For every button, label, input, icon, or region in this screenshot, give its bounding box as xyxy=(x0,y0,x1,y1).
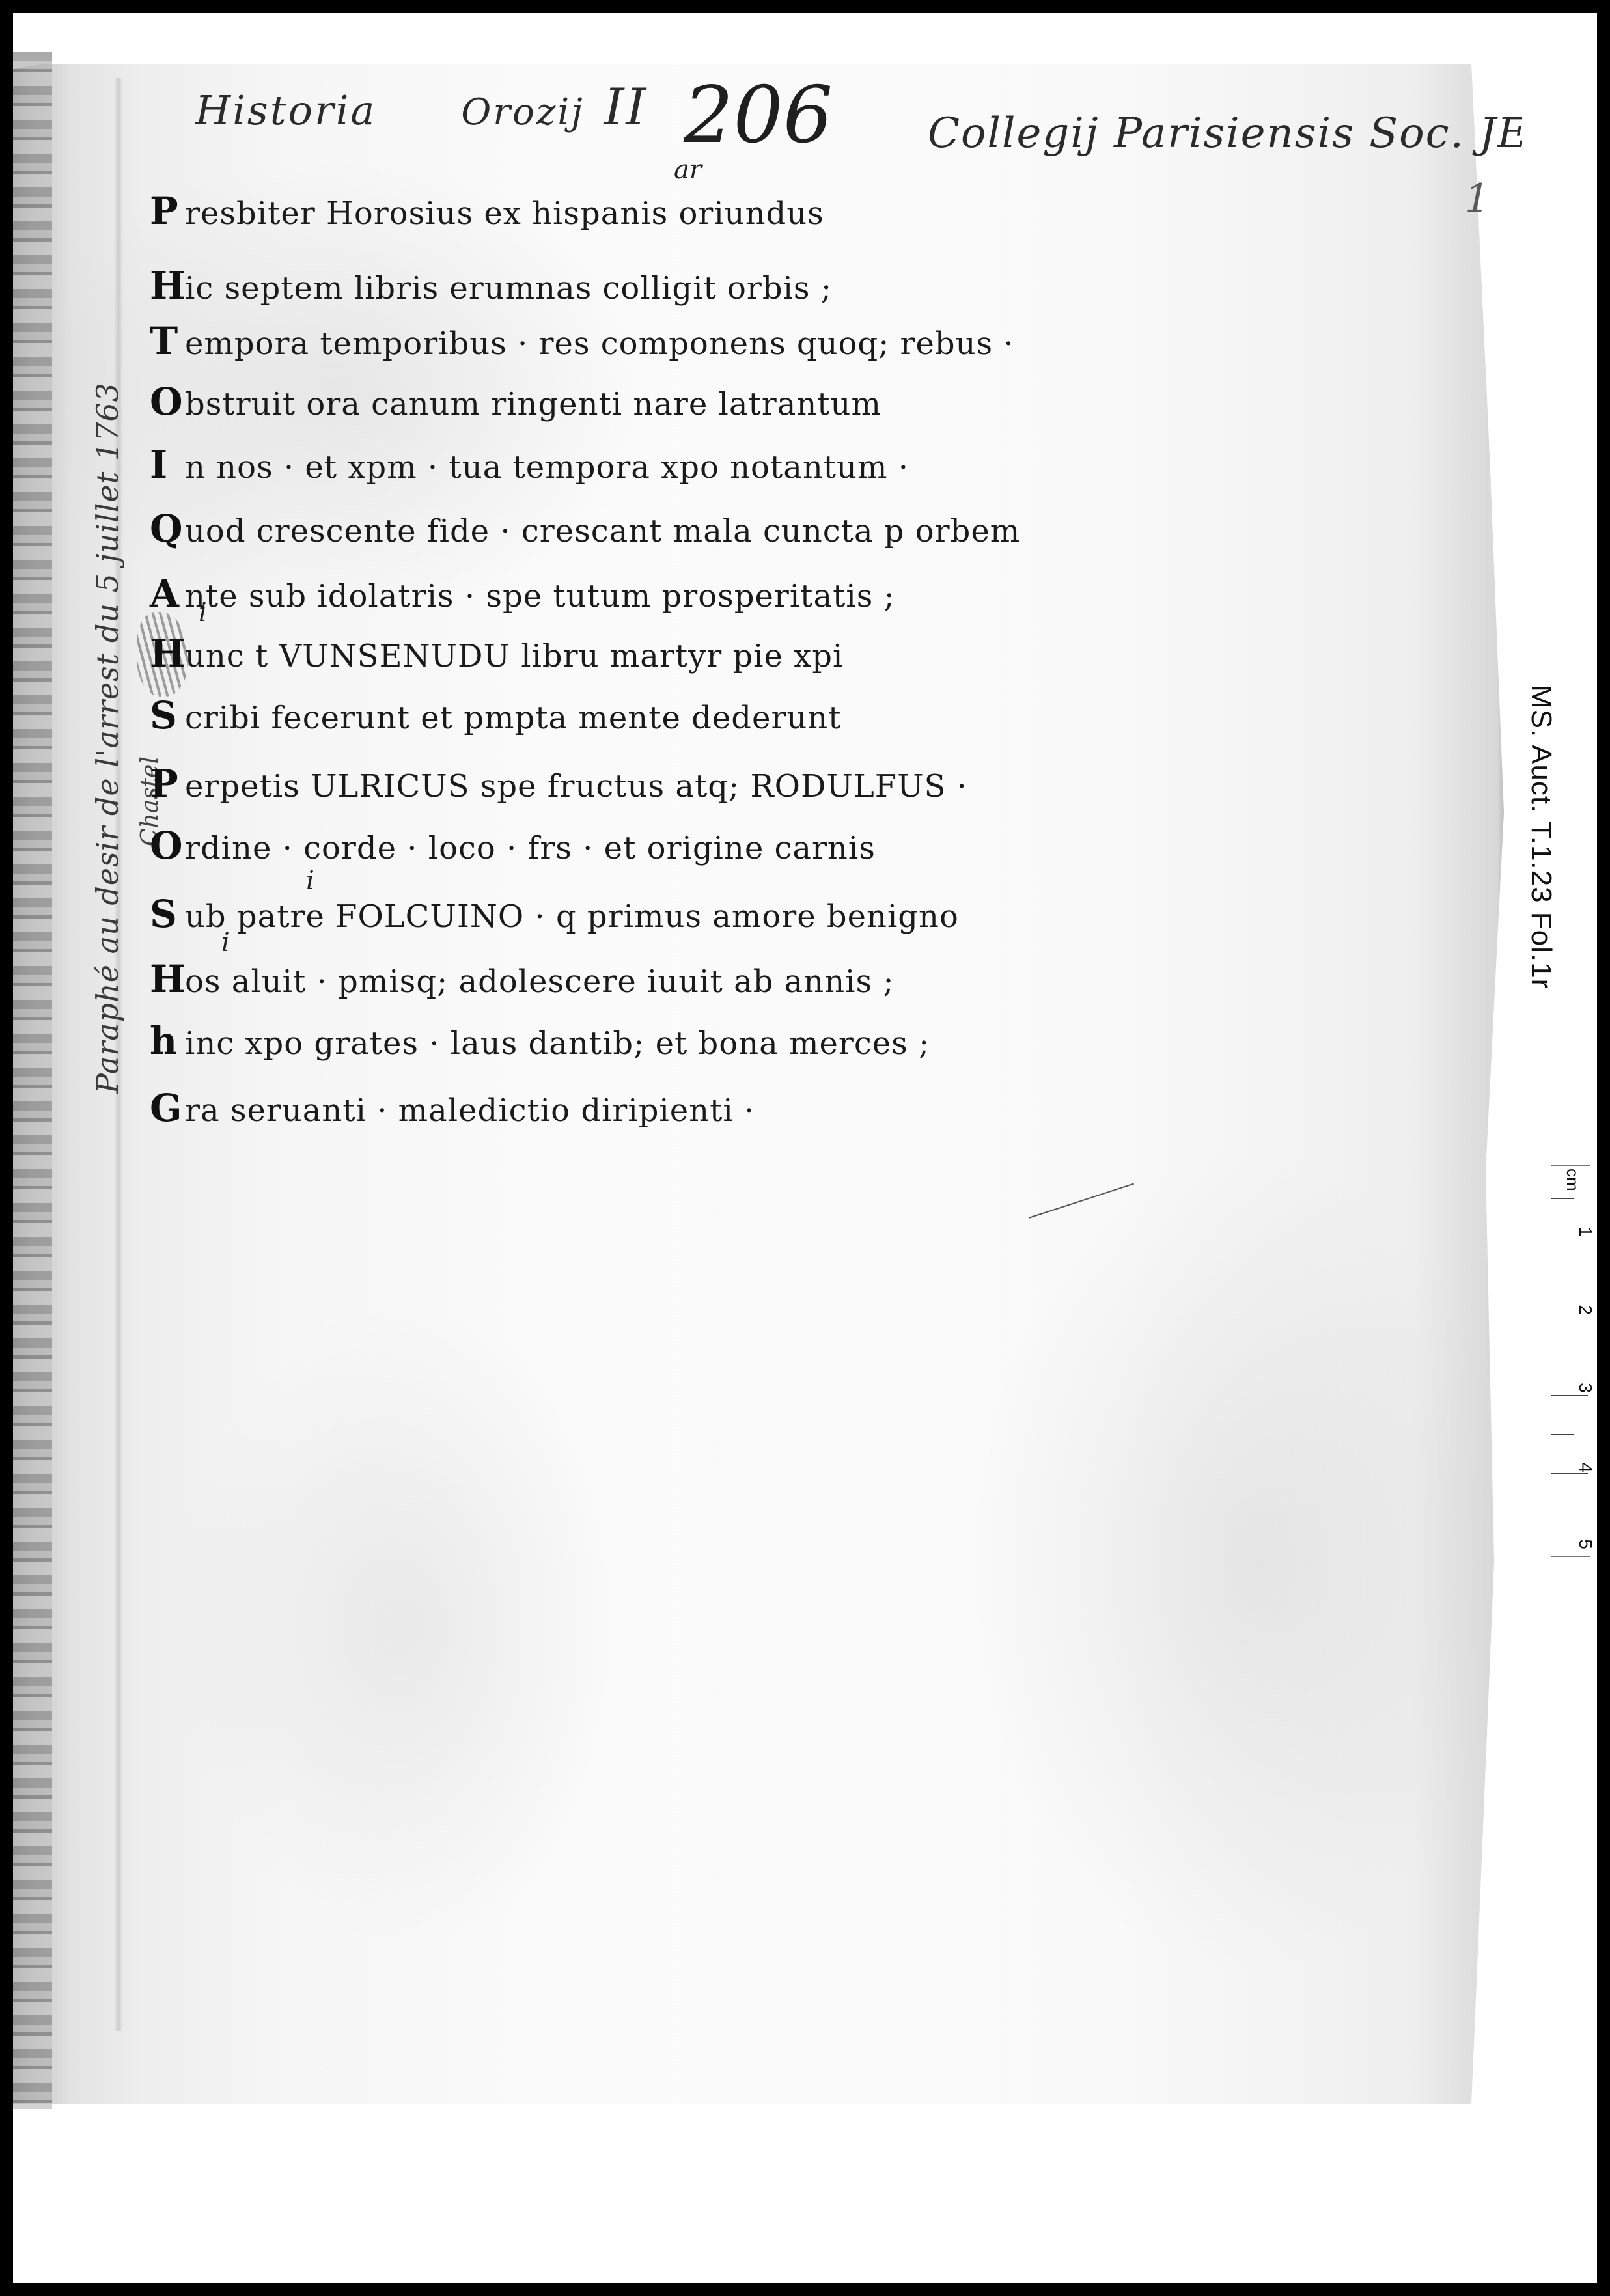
verse-text: n nos · et xpm · tua tempora xpo notantu… xyxy=(185,449,909,486)
binding-edge xyxy=(13,52,52,2109)
verse-initial: O xyxy=(150,380,185,424)
verse-initial: P xyxy=(150,762,185,806)
ruler-label: 2 xyxy=(1575,1305,1596,1315)
verse-text: inc xpo grates · laus dantib; et bona me… xyxy=(185,1025,930,1062)
ruler-tick xyxy=(1551,1238,1588,1238)
interlinear-correction: ar xyxy=(674,155,702,185)
ruler-tick xyxy=(1551,1277,1574,1277)
ruler-tick xyxy=(1551,1434,1574,1435)
verse-line: Hic septem libris erumnas colligit orbis… xyxy=(150,264,832,308)
verse-line: hinc xpo grates · laus dantib; et bona m… xyxy=(150,1019,930,1063)
margin-note: Paraphé au desir de l'arrest du 5 juille… xyxy=(90,382,125,1094)
volume-mark: II xyxy=(604,78,648,137)
verse-line: Gra seruanti · maledictio diripienti · xyxy=(150,1086,755,1130)
verse-line: In nos · et xpm · tua tempora xpo notant… xyxy=(150,443,909,487)
verse-line: Presbiter Horosius ex hispanis oriundus xyxy=(150,189,824,233)
verse-initial: O xyxy=(150,823,185,868)
verse-initial: h xyxy=(150,1019,185,1063)
verse-line: Sub patre FOLCUINO · q primus amore beni… xyxy=(150,892,959,936)
verse-initial: Q xyxy=(150,506,185,551)
ownership-note: Collegij Parisiensis Soc. JESV. xyxy=(928,109,1598,158)
manuscript-leaf xyxy=(13,64,1504,2104)
ruler-tick xyxy=(1551,1514,1574,1514)
verse-text: bstruit ora canum ringenti nare latrantu… xyxy=(185,386,881,422)
ruler-label: 3 xyxy=(1575,1383,1596,1393)
verse-initial: P xyxy=(150,189,185,233)
verse-initial: H xyxy=(150,631,185,676)
verse-text: rdine · corde · loco · frs · et origine … xyxy=(185,830,876,866)
folio-number: 206 xyxy=(684,70,833,161)
ruler-label: 5 xyxy=(1575,1539,1596,1549)
verse-initial: I xyxy=(150,443,185,487)
shelfmark-label: MS. Auct. T.1.23 Fol.1r xyxy=(1525,685,1557,989)
verse-text: empora temporibus · res componens quoq; … xyxy=(185,325,1014,362)
verse-line: Ordine · corde · loco · frs · et origine… xyxy=(150,823,876,868)
author-annotation: Orozij xyxy=(461,91,584,133)
verse-line: Hunc t VUNSENUDU libru martyr pie xpi xyxy=(150,631,843,676)
verse-initial: A xyxy=(150,572,185,616)
verse-text: ic septem libris erumnas colligit orbis … xyxy=(185,270,832,307)
ruler-label: 1 xyxy=(1575,1226,1596,1237)
verse-initial: S xyxy=(150,693,185,738)
title-annotation: Historia xyxy=(195,87,376,134)
ruler-tick xyxy=(1551,1395,1588,1396)
corner-mark: 1 xyxy=(1465,176,1490,221)
cm-scale-ruler: cm 1 2 3 4 5 xyxy=(1551,1165,1590,1557)
label-strip xyxy=(1522,13,1597,2283)
verse-initial: T xyxy=(150,319,185,363)
verse-text: uod crescente fide · crescant mala cunct… xyxy=(185,513,1020,549)
scan-area: HistoriaOrozijII 206 Collegij Parisiensi… xyxy=(13,13,1597,2283)
ruler-label: 4 xyxy=(1575,1462,1596,1473)
verse-line: Perpetis ULRICUS spe fructus atq; RODULF… xyxy=(150,762,967,806)
verse-line: Quod crescente fide · crescant mala cunc… xyxy=(150,506,1020,551)
verse-initial: H xyxy=(150,957,185,1001)
verse-line: Hos aluit · pmisq; adolescere iuuit ab a… xyxy=(150,957,895,1001)
verse-line: Ante sub idolatris · spe tutum prosperit… xyxy=(150,572,895,616)
verse-text: ra seruanti · maledictio diripienti · xyxy=(185,1092,755,1129)
verse-text: erpetis ULRICUS spe fructus atq; RODULFU… xyxy=(185,768,967,805)
verse-initial: H xyxy=(150,264,185,308)
interlinear-correction: i xyxy=(221,928,230,958)
ruler-tick xyxy=(1551,1198,1574,1199)
verse-line: Scribi fecerunt et pmpta mente dederunt xyxy=(150,693,842,738)
top-annotation: HistoriaOrozijII xyxy=(195,78,648,137)
verse-text: resbiter Horosius ex hispanis oriundus xyxy=(185,195,824,232)
ruler-tick xyxy=(1551,1316,1588,1316)
ruler-tick xyxy=(1551,1473,1588,1474)
verse-text: nte sub idolatris · spe tutum prosperita… xyxy=(185,578,895,615)
verse-line: Tempora temporibus · res componens quoq;… xyxy=(150,319,1014,363)
verse-line: Obstruit ora canum ringenti nare latrant… xyxy=(150,380,881,424)
verse-text: unc t VUNSENUDU libru martyr pie xpi xyxy=(185,638,843,674)
ruler-tick xyxy=(1551,1355,1574,1355)
verse-text: cribi fecerunt et pmpta mente dederunt xyxy=(185,700,842,736)
ruler-unit: cm xyxy=(1562,1169,1583,1191)
verse-text: ub patre FOLCUINO · q primus amore benig… xyxy=(185,898,959,935)
verse-initial: S xyxy=(150,892,185,936)
interlinear-correction: i xyxy=(199,598,207,628)
verse-text: os aluit · pmisq; adolescere iuuit ab an… xyxy=(185,963,895,1000)
verse-initial: G xyxy=(150,1086,185,1130)
